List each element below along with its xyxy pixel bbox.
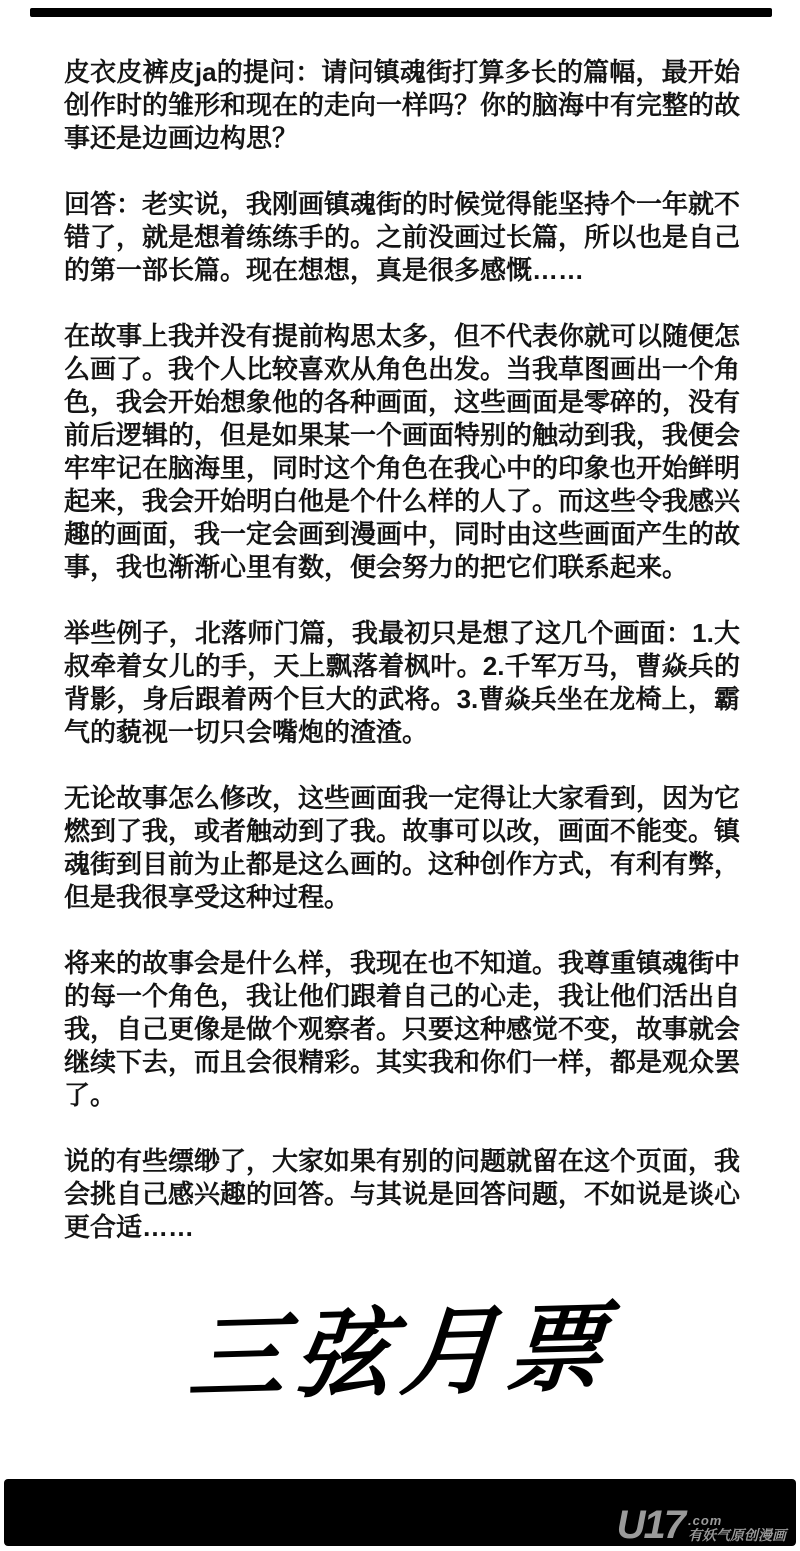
answer-paragraph-1: 回答：老实说，我刚画镇魂街的时候觉得能坚持个一年就不错了，就是想着练练手的。之前… bbox=[64, 188, 740, 287]
u17-logo-text: U17 bbox=[617, 1507, 684, 1543]
question-paragraph: 皮衣皮裤皮ja的提问：请问镇魂街打算多长的篇幅，最开始创作时的雏形和现在的走向一… bbox=[64, 56, 740, 155]
bottom-footer-bar: U17 .com 有妖气原创漫画 bbox=[4, 1479, 796, 1546]
answer-paragraph-3: 举些例子，北落师门篇，我最初只是想了这几个画面：1.大叔牵着女儿的手，天上飘落着… bbox=[64, 617, 740, 749]
qa-text-block: 皮衣皮裤皮ja的提问：请问镇魂街打算多长的篇幅，最开始创作时的雏形和现在的走向一… bbox=[0, 0, 800, 1414]
answer-paragraph-5: 将来的故事会是什么样，我现在也不知道。我尊重镇魂街中的每一个角色，我让他们跟着自… bbox=[64, 947, 740, 1112]
answer-paragraph-2: 在故事上我并没有提前构思太多，但不代表你就可以随便怎么画了。我个人比较喜欢从角色… bbox=[64, 320, 740, 584]
u17-logo: U17 .com 有妖气原创漫画 bbox=[617, 1507, 786, 1543]
u17-logo-com-text: .com bbox=[688, 1514, 722, 1527]
answer-paragraph-6: 说的有些缥缈了，大家如果有别的问题就留在这个页面，我会挑自己感兴趣的回答。与其说… bbox=[64, 1145, 740, 1244]
answer-paragraph-4: 无论故事怎么修改，这些画面我一定得让大家看到，因为它燃到了我，或者触动到了我。故… bbox=[64, 782, 740, 914]
comic-page: 皮衣皮裤皮ja的提问：请问镇魂街打算多长的篇幅，最开始创作时的雏形和现在的走向一… bbox=[0, 0, 800, 1551]
u17-logo-tagline: 有妖气原创漫画 bbox=[688, 1527, 786, 1543]
calligraphy-signature: 三弦月票 bbox=[59, 1268, 746, 1423]
